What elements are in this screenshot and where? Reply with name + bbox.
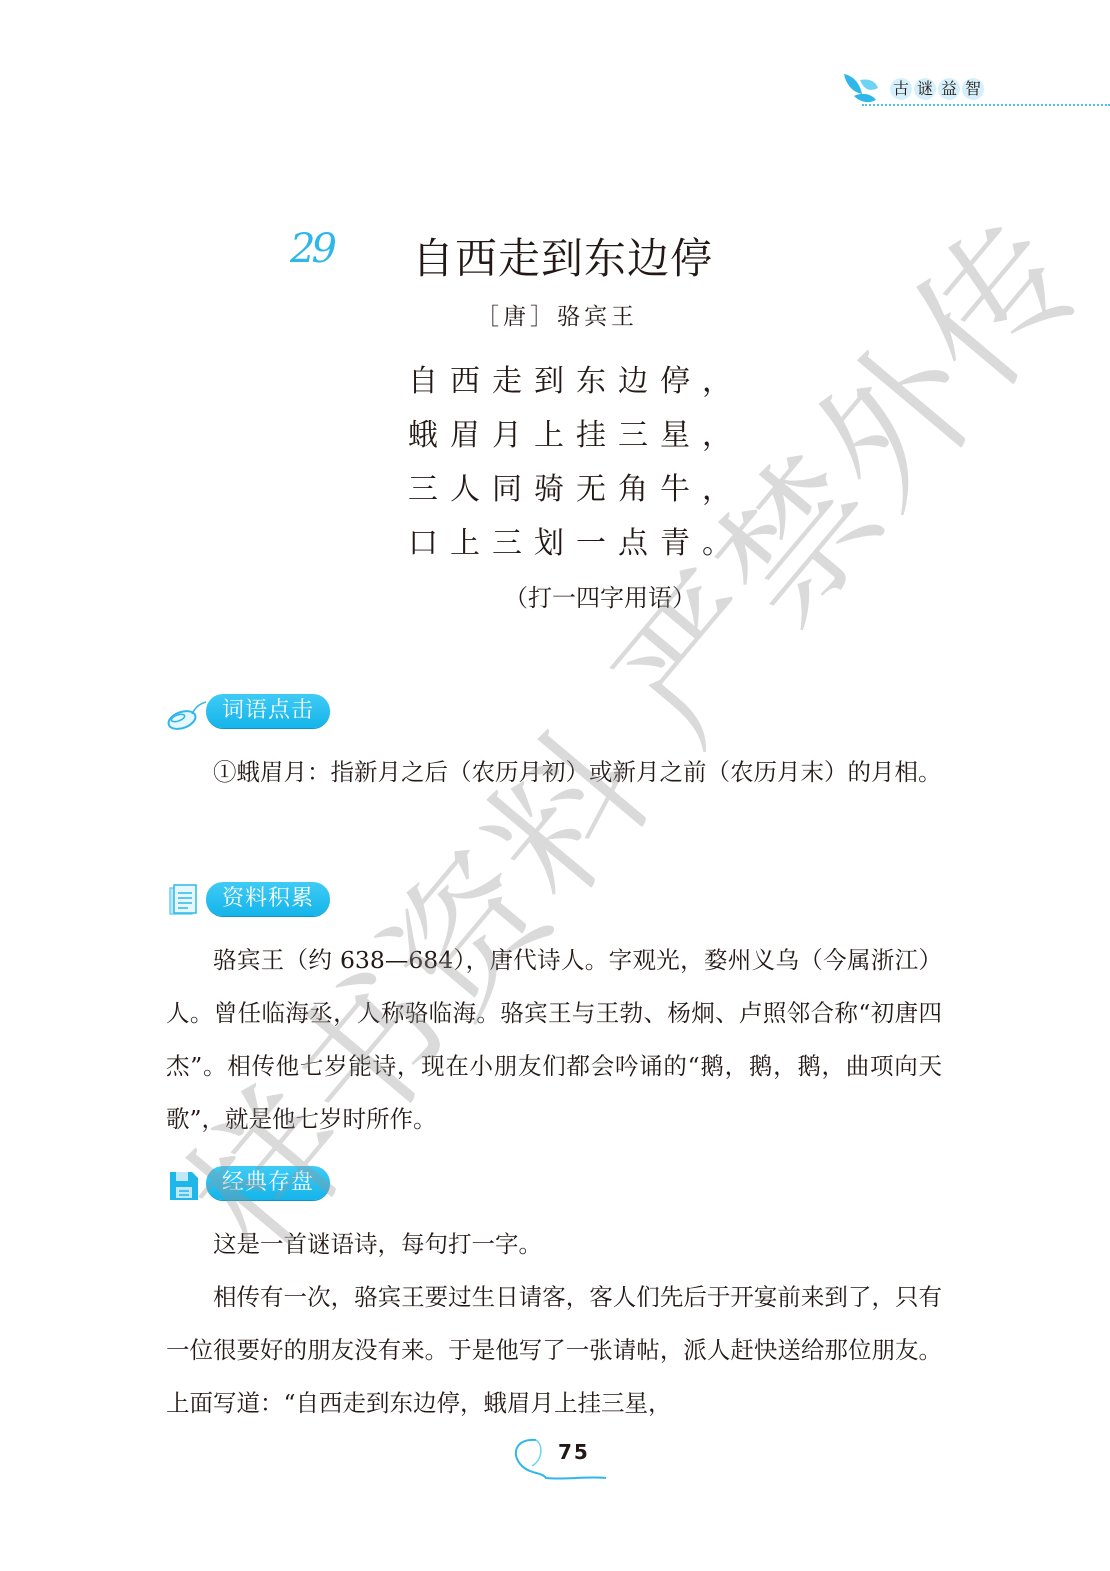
riddle-hint: （打一四字用语） (504, 578, 696, 613)
poem-line: 蛾眉月上挂三星， (408, 414, 728, 468)
background-text: 骆宾王（约 638—684），唐代诗人。字观光，婺州义乌（今属浙江）人。曾任临海… (166, 934, 942, 1146)
poem-line: 自西走到东边停， (408, 360, 728, 414)
section-label: 经典存盘 (206, 1166, 330, 1200)
section-label: 资料积累 (206, 882, 330, 916)
paragraph: 骆宾王（约 638—684），唐代诗人。字观光，婺州义乌（今属浙江）人。曾任临海… (166, 934, 942, 1146)
author-line: ［唐］骆宾王 (476, 298, 638, 331)
page-footer: 75 (506, 1436, 616, 1486)
section-label: 词语点击 (206, 694, 330, 728)
title-char: 谜 (914, 78, 936, 100)
page-number: 75 (558, 1440, 590, 1464)
mouse-icon (166, 696, 206, 730)
floppy-disk-icon (166, 1168, 206, 1202)
lesson-number: 29 (290, 226, 333, 272)
title-char: 智 (962, 78, 984, 100)
title-char: 益 (938, 78, 960, 100)
dotted-rule (862, 104, 1110, 106)
leaf-icon (840, 72, 880, 106)
poem: 自西走到东边停， 蛾眉月上挂三星， 三人同骑无角牛， 口上三划一点青。 (408, 360, 728, 576)
glossary-text: ①蛾眉月：指新月之后（农历月初）或新月之前（农历月末）的月相。 (166, 746, 942, 799)
section-title: 古 谜 益 智 (890, 78, 984, 100)
poem-line: 三人同骑无角牛， (408, 468, 728, 522)
paragraph: 这是一首谜语诗，每句打一字。 (166, 1218, 942, 1271)
document-icon (166, 884, 206, 918)
running-header: 古 谜 益 智 (840, 72, 1110, 108)
lesson-title: 自西走到东边停 (412, 226, 713, 286)
explanation-text: 这是一首谜语诗，每句打一字。 相传有一次，骆宾王要过生日请客，客人们先后于开宴前… (166, 1218, 942, 1430)
title-char: 古 (890, 78, 912, 100)
paragraph: ①蛾眉月：指新月之后（农历月初）或新月之前（农历月末）的月相。 (166, 746, 942, 799)
paragraph: 相传有一次，骆宾王要过生日请客，客人们先后于开宴前来到了，只有一位很要好的朋友没… (166, 1271, 942, 1430)
poem-line: 口上三划一点青。 (408, 522, 728, 576)
